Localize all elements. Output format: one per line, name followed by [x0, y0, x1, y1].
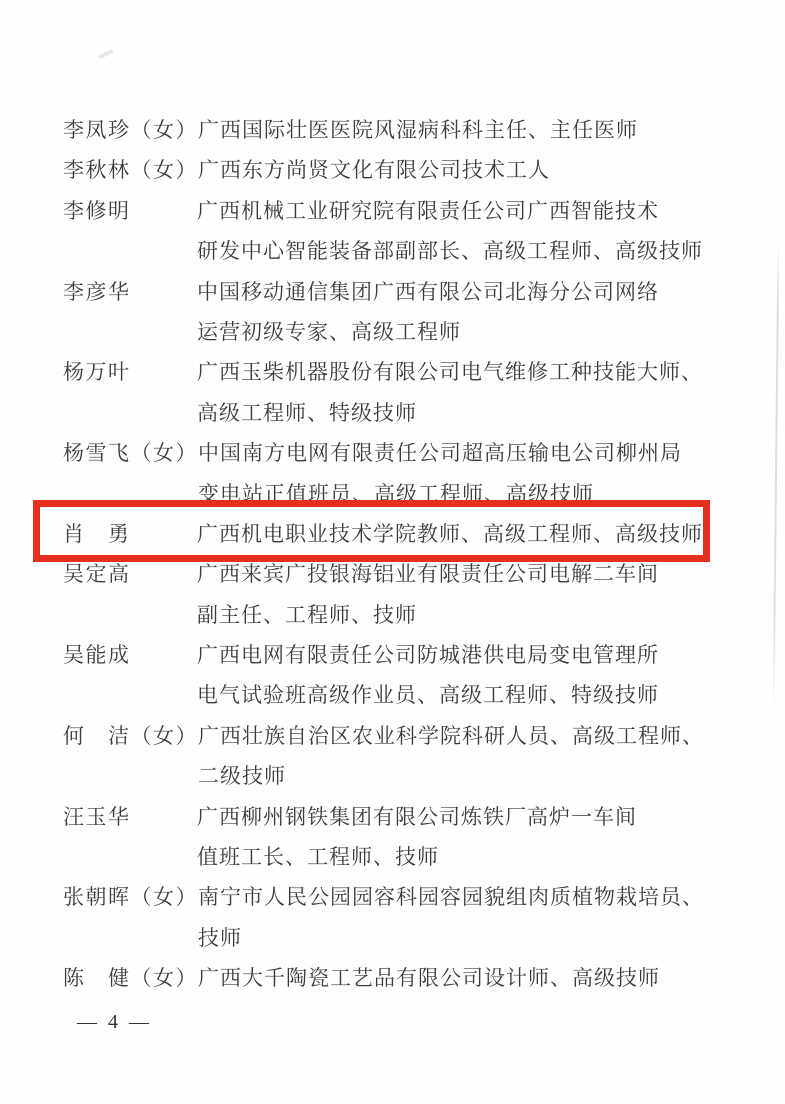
directory-entry: 何 洁（女）广西壮族自治区农业科学院科研人员、高级工程师、二级技师 — [63, 716, 753, 797]
description-line: 广西玉柴机器股份有限公司电气维修工种技能大师、 — [197, 352, 753, 392]
description-line: 中国南方电网有限责任公司超高压输电公司柳州局 — [198, 433, 753, 473]
description-line: 广西壮族自治区农业科学院科研人员、高级工程师、 — [198, 716, 753, 756]
person-description: 广西机械工业研究院有限责任公司广西智能技术研发中心智能装备部副部长、高级工程师、… — [197, 191, 753, 272]
person-description: 南宁市人民公园园容科园容园貌组肉质植物栽培员、技师 — [198, 877, 753, 958]
person-name: 李秋林（女） — [63, 150, 198, 190]
person-name: 李凤珍（女） — [63, 110, 198, 150]
person-name: 杨雪飞（女） — [63, 433, 198, 473]
directory-entry: 李秋林（女）广西东方尚贤文化有限公司技术工人 — [63, 150, 753, 190]
directory-entry: 李凤珍（女）广西国际壮医医院风湿病科科主任、主任医师 — [63, 110, 753, 150]
scan-smudge-artifact — [98, 49, 114, 59]
page-number: — 4 — — [77, 1006, 152, 1038]
description-line: 高级工程师、特级技师 — [197, 393, 753, 433]
person-name: 李彦华 — [63, 272, 197, 312]
highlight-box — [33, 500, 710, 562]
person-description: 广西壮族自治区农业科学院科研人员、高级工程师、二级技师 — [198, 716, 753, 797]
scan-edge-artifact — [773, 238, 780, 713]
person-description: 广西柳州钢铁集团有限公司炼铁厂高炉一车间值班工长、工程师、技师 — [197, 797, 753, 878]
person-name: 杨万叶 — [63, 352, 197, 392]
description-line: 技师 — [198, 918, 753, 958]
person-description: 广西来宾广投银海铝业有限责任公司电解二车间副主任、工程师、技师 — [197, 554, 753, 635]
description-line: 研发中心智能装备部副部长、高级工程师、高级技师 — [197, 231, 753, 271]
directory-entry: 李彦华中国移动通信集团广西有限公司北海分公司网络运营初级专家、高级工程师 — [63, 272, 753, 353]
description-line: 广西国际壮医医院风湿病科科主任、主任医师 — [198, 110, 753, 150]
description-line: 广西大千陶瓷工艺品有限公司设计师、高级技师 — [198, 958, 753, 998]
directory-entry: 汪玉华广西柳州钢铁集团有限公司炼铁厂高炉一车间值班工长、工程师、技师 — [63, 797, 753, 878]
description-line: 二级技师 — [198, 756, 753, 796]
description-line: 广西柳州钢铁集团有限公司炼铁厂高炉一车间 — [197, 797, 753, 837]
description-line: 电气试验班高级作业员、高级工程师、特级技师 — [197, 675, 753, 715]
person-name: 吴能成 — [63, 635, 197, 675]
person-description: 广西玉柴机器股份有限公司电气维修工种技能大师、高级工程师、特级技师 — [197, 352, 753, 433]
description-line: 广西电网有限责任公司防城港供电局变电管理所 — [197, 635, 753, 675]
person-name: 李修明 — [63, 191, 197, 231]
description-line: 运营初级专家、高级工程师 — [197, 312, 753, 352]
person-description: 广西东方尚贤文化有限公司技术工人 — [198, 150, 753, 190]
person-description: 广西电网有限责任公司防城港供电局变电管理所电气试验班高级作业员、高级工程师、特级… — [197, 635, 753, 716]
description-line: 广西机械工业研究院有限责任公司广西智能技术 — [197, 191, 753, 231]
directory-entry: 吴定高广西来宾广投银海铝业有限责任公司电解二车间副主任、工程师、技师 — [63, 554, 753, 635]
person-name: 何 洁（女） — [63, 716, 198, 756]
description-line: 中国移动通信集团广西有限公司北海分公司网络 — [197, 272, 753, 312]
directory-entry: 杨万叶广西玉柴机器股份有限公司电气维修工种技能大师、高级工程师、特级技师 — [63, 352, 753, 433]
person-name: 张朝晖（女） — [63, 877, 198, 917]
person-description: 中国移动通信集团广西有限公司北海分公司网络运营初级专家、高级工程师 — [197, 272, 753, 353]
description-line: 广西东方尚贤文化有限公司技术工人 — [198, 150, 753, 190]
person-name: 汪玉华 — [63, 797, 197, 837]
person-description: 广西国际壮医医院风湿病科科主任、主任医师 — [198, 110, 753, 150]
person-description: 广西大千陶瓷工艺品有限公司设计师、高级技师 — [198, 958, 753, 998]
directory-entry: 张朝晖（女）南宁市人民公园园容科园容园貌组肉质植物栽培员、技师 — [63, 877, 753, 958]
directory-entry: 吴能成广西电网有限责任公司防城港供电局变电管理所电气试验班高级作业员、高级工程师… — [63, 635, 753, 716]
directory-entry: 陈 健（女）广西大千陶瓷工艺品有限公司设计师、高级技师 — [63, 958, 753, 998]
person-name: 陈 健（女） — [63, 958, 198, 998]
description-line: 值班工长、工程师、技师 — [197, 837, 753, 877]
document-page: 李凤珍（女）广西国际壮医医院风湿病科科主任、主任医师李秋林（女）广西东方尚贤文化… — [0, 0, 785, 1104]
directory-entry: 李修明广西机械工业研究院有限责任公司广西智能技术研发中心智能装备部副部长、高级工… — [63, 191, 753, 272]
description-line: 南宁市人民公园园容科园容园貌组肉质植物栽培员、 — [198, 877, 753, 917]
description-line: 副主任、工程师、技师 — [197, 595, 753, 635]
